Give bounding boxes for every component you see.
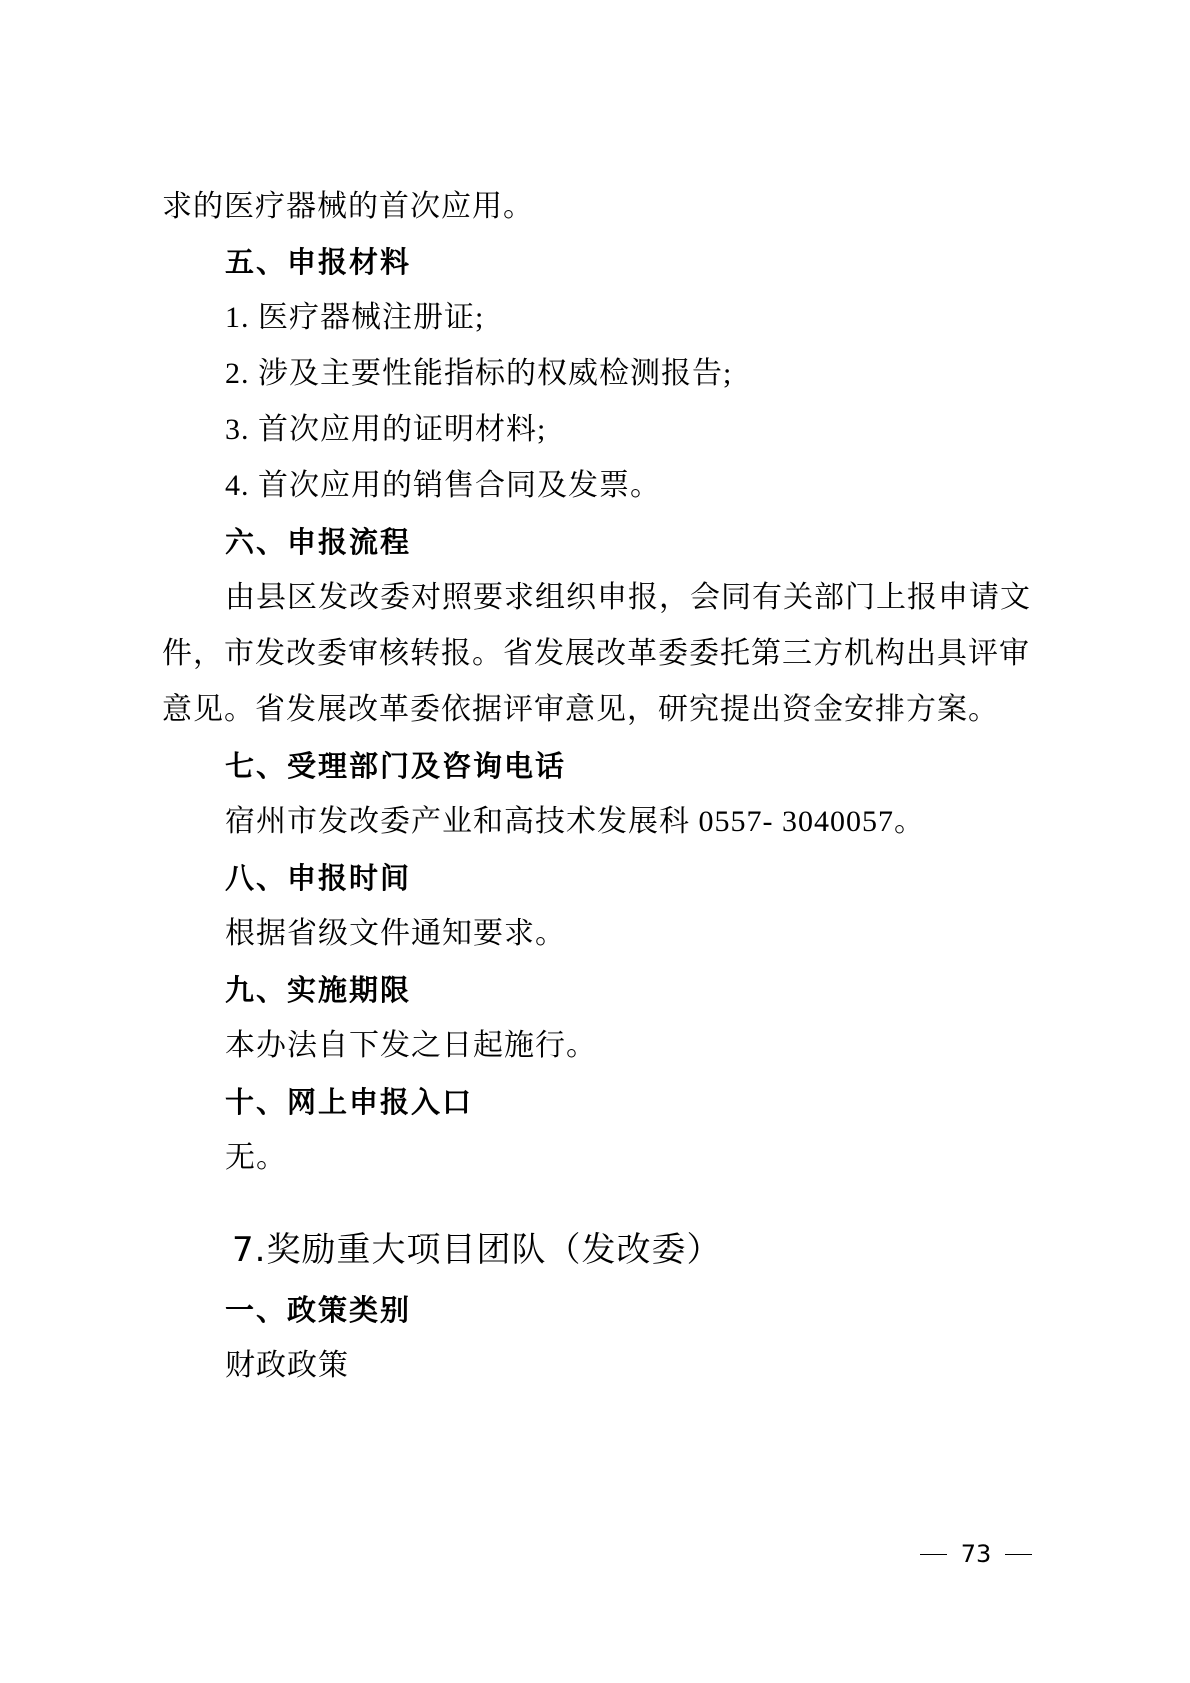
- page-number-value: 73: [961, 1540, 992, 1568]
- section-heading-policy-category: 一、政策类别: [225, 1290, 1030, 1330]
- paragraph-line: 由县区发改委对照要求组织申报，会同有关部门上报申请文: [225, 578, 1030, 618]
- paragraph-line: 件，市发改委审核转报。省发展改革委委托第三方机构出具评审: [162, 634, 1030, 674]
- section-heading-online-entry: 十、网上申报入口: [225, 1082, 1030, 1122]
- document-page: 求的医疗器械的首次应用。 五、申报材料 1. 医疗器械注册证; 2. 涉及主要性…: [0, 0, 1190, 1683]
- section-heading-process: 六、申报流程: [225, 522, 1030, 562]
- section-heading-contact: 七、受理部门及咨询电话: [225, 746, 1030, 786]
- period-text: 本办法自下发之日起施行。: [225, 1026, 1030, 1066]
- list-item: 2. 涉及主要性能指标的权威检测报告;: [225, 354, 1030, 394]
- policy-title: 7.奖励重大项目团队（发改委）: [232, 1228, 721, 1272]
- list-item: 4. 首次应用的销售合同及发票。: [225, 466, 1030, 506]
- list-item: 1. 医疗器械注册证;: [225, 298, 1030, 338]
- list-item: 3. 首次应用的证明材料;: [225, 410, 1030, 450]
- online-entry-text: 无。: [225, 1138, 1030, 1178]
- section-heading-period: 九、实施期限: [225, 970, 1030, 1010]
- page-number: 73: [920, 1534, 1032, 1574]
- continuation-text: 求的医疗器械的首次应用。: [162, 187, 1030, 227]
- dash-right: [1005, 1554, 1032, 1555]
- time-text: 根据省级文件通知要求。: [225, 914, 1030, 954]
- contact-text: 宿州市发改委产业和高技术发展科 0557- 3040057。: [225, 802, 1030, 842]
- policy-category-text: 财政政策: [225, 1346, 1030, 1386]
- section-heading-time: 八、申报时间: [225, 858, 1030, 898]
- dash-left: [920, 1554, 947, 1555]
- paragraph-line: 意见。省发展改革委依据评审意见，研究提出资金安排方案。: [162, 690, 1030, 730]
- section-heading-materials: 五、申报材料: [225, 242, 1030, 282]
